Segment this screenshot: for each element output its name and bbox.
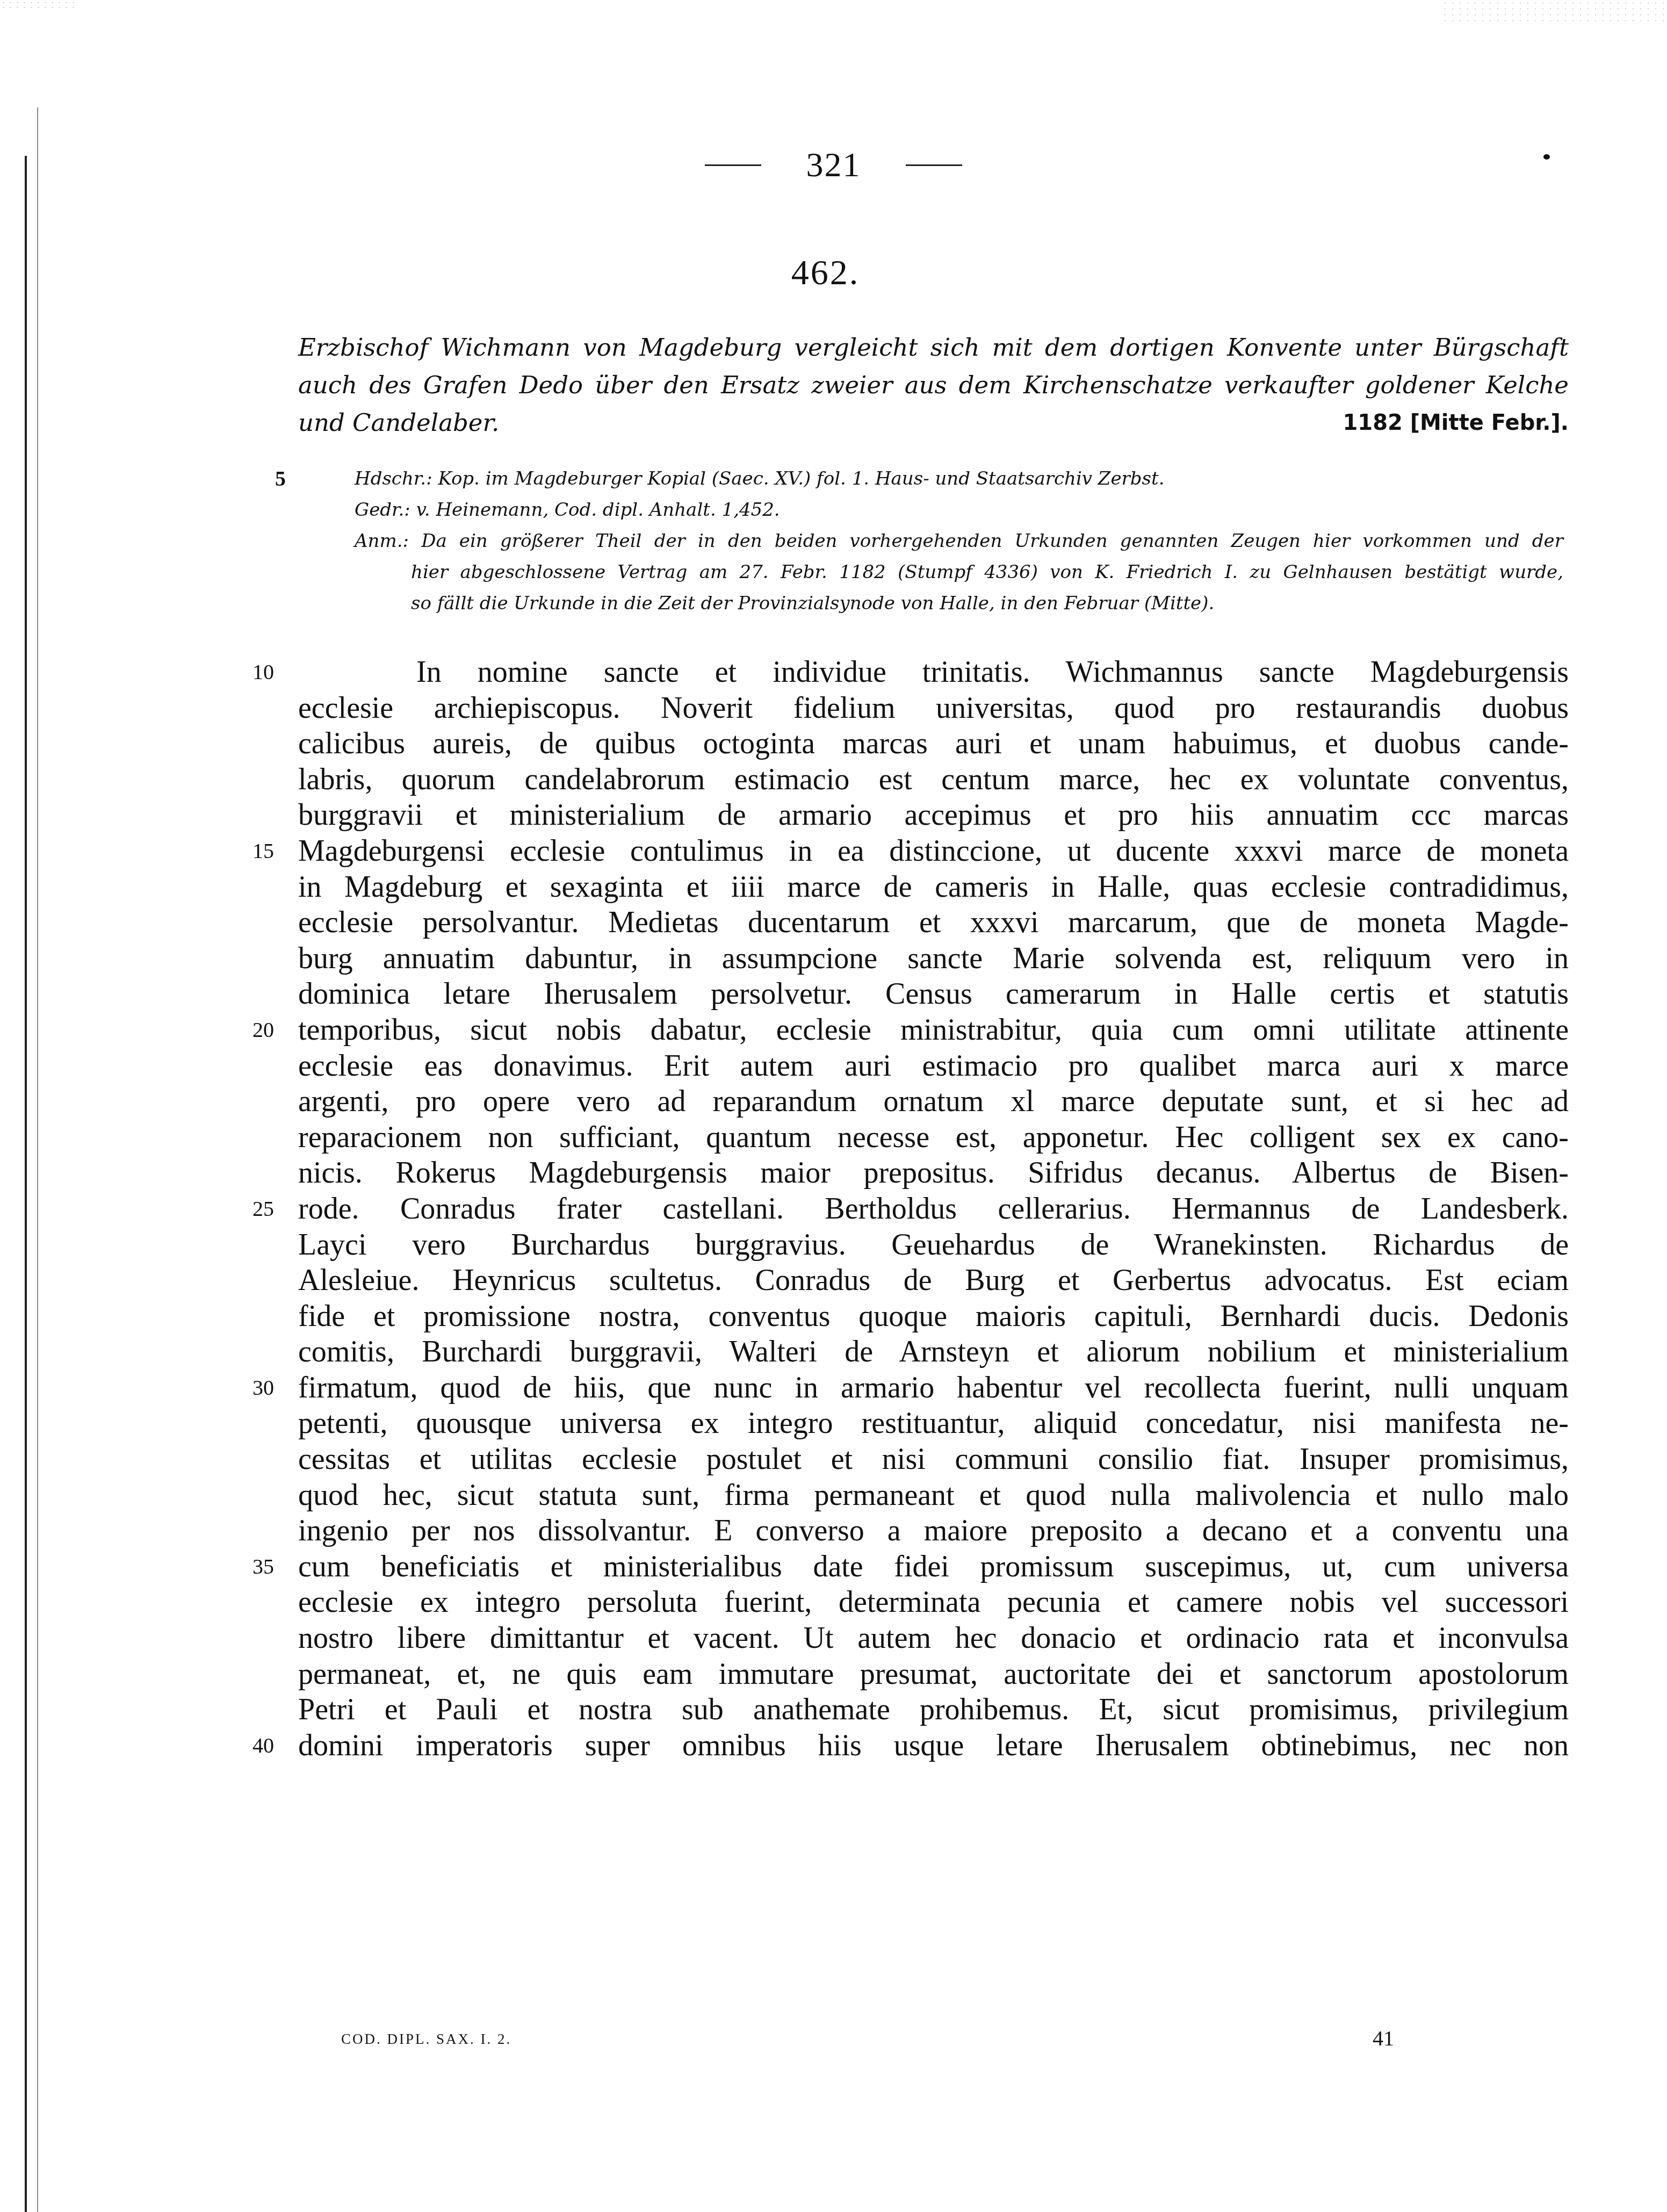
text-line: 15Magdeburgensi ecclesie contulimus in e… bbox=[252, 833, 1569, 869]
text-line: 10In nomine sancte et individue trinitat… bbox=[252, 654, 1569, 690]
text-line: burg annuatim dabuntur, in assumpcione s… bbox=[252, 941, 1569, 977]
book-page: 321 462. Erzbischof Wichmann von Magdebu… bbox=[0, 0, 1667, 2212]
apparatus-text: Gedr.: v. Heinemann, Cod. dipl. Anhalt. … bbox=[355, 494, 780, 525]
text-line: 25rode. Conradus frater castellani. Bert… bbox=[252, 1191, 1569, 1227]
apparatus-text: Anm.: Da ein größerer Theil der in den b… bbox=[355, 525, 1563, 557]
apparatus-line-note: hier abgeschlossene Vertrag am 27. Febr.… bbox=[258, 557, 1569, 588]
line-text: Alesleiue. Heynricus scultetus. Conradus… bbox=[298, 1263, 1569, 1299]
line-text: burggravii et ministerialium de armario … bbox=[298, 797, 1569, 833]
line-text: rode. Conradus frater castellani. Bertho… bbox=[298, 1191, 1569, 1227]
line-text: Layci vero Burchardus burggravius. Geueh… bbox=[298, 1227, 1569, 1263]
line-text: ecclesie ex integro persoluta fuerint, d… bbox=[298, 1584, 1569, 1620]
line-number: 20 bbox=[252, 1012, 285, 1048]
text-line: petenti, quousque universa ex integro re… bbox=[252, 1406, 1569, 1442]
signature-mark: COD. DIPL. SAX. I. 2. bbox=[341, 2031, 511, 2048]
apparatus-line-printed: Gedr.: v. Heinemann, Cod. dipl. Anhalt. … bbox=[258, 494, 1569, 525]
text-line: calicibus aureis, de quibus octoginta ma… bbox=[252, 726, 1569, 762]
line-text: petenti, quousque universa ex integro re… bbox=[298, 1406, 1569, 1442]
document-date: 1182 [Mitte Febr.]. bbox=[1343, 404, 1569, 442]
apparatus-line-note: Anm.: Da ein größerer Theil der in den b… bbox=[258, 525, 1569, 557]
line-number: 5 bbox=[275, 463, 286, 494]
apparatus-line-manuscript: 5 Hdschr.: Kop. im Magdeburger Kopial (S… bbox=[258, 463, 1569, 494]
text-line: reparacionem non sufficiant, quantum nec… bbox=[252, 1120, 1569, 1156]
line-text: domini imperatoris super omnibus hiis us… bbox=[298, 1728, 1569, 1764]
headnote-last-line: und Candelaber. 1182 [Mitte Febr.]. bbox=[298, 404, 1569, 442]
apparatus-line-note: so fällt die Urkunde in die Zeit der Pro… bbox=[258, 588, 1569, 619]
text-line: Alesleiue. Heynricus scultetus. Conradus… bbox=[252, 1263, 1569, 1299]
running-header: 321 bbox=[0, 145, 1667, 185]
scan-noise bbox=[0, 0, 75, 11]
text-line: comitis, Burchardi burggravii, Walteri d… bbox=[252, 1334, 1569, 1370]
line-text: permaneat, et, ne quis eam immutare pres… bbox=[298, 1656, 1569, 1692]
binding-shadow-line bbox=[25, 156, 27, 2212]
line-text: cum beneficiatis et ministerialibus date… bbox=[298, 1549, 1569, 1585]
text-line: 30firmatum, quod de hiis, que nunc in ar… bbox=[252, 1370, 1569, 1406]
line-number: 40 bbox=[252, 1728, 285, 1764]
line-text: burg annuatim dabuntur, in assumpcione s… bbox=[298, 941, 1569, 977]
text-line: nicis. Rokerus Magdeburgensis maior prep… bbox=[252, 1155, 1569, 1191]
line-text: Magdeburgensi ecclesie contulimus in ea … bbox=[298, 833, 1569, 869]
header-rule-left bbox=[705, 164, 761, 166]
line-text: in Magdeburg et sexaginta et iiii marce … bbox=[298, 869, 1569, 905]
line-text: argenti, pro opere vero ad reparandum or… bbox=[298, 1084, 1569, 1120]
line-text: labris, quorum candelabrorum estimacio e… bbox=[298, 762, 1569, 798]
text-line: labris, quorum candelabrorum estimacio e… bbox=[252, 762, 1569, 798]
headnote-line: auch des Grafen Dedo über den Ersatz zwe… bbox=[298, 366, 1569, 404]
critical-apparatus: 5 Hdschr.: Kop. im Magdeburger Kopial (S… bbox=[258, 463, 1569, 619]
apparatus-text: Hdschr.: Kop. im Magdeburger Kopial (Sae… bbox=[355, 463, 1164, 494]
sheet-number: 41 bbox=[1373, 2026, 1394, 2051]
line-text: nostro libere dimittantur et vacent. Ut … bbox=[298, 1620, 1569, 1656]
line-text: fide et promissione nostra, conventus qu… bbox=[298, 1299, 1569, 1335]
line-number: 25 bbox=[252, 1191, 285, 1227]
text-line: ecclesie persolvantur. Medietas ducentar… bbox=[252, 905, 1569, 941]
text-line: Layci vero Burchardus burggravius. Geueh… bbox=[252, 1227, 1569, 1263]
text-line: burggravii et ministerialium de armario … bbox=[252, 797, 1569, 833]
apparatus-text: so fällt die Urkunde in die Zeit der Pro… bbox=[411, 588, 1214, 619]
page-number: 321 bbox=[806, 146, 861, 184]
text-line: 20temporibus, sicut nobis dabatur, eccle… bbox=[252, 1012, 1569, 1048]
line-text: temporibus, sicut nobis dabatur, ecclesi… bbox=[298, 1012, 1569, 1048]
text-line: argenti, pro opere vero ad reparandum or… bbox=[252, 1084, 1569, 1120]
binding-edge-line bbox=[37, 107, 38, 2212]
line-text: comitis, Burchardi burggravii, Walteri d… bbox=[298, 1334, 1569, 1370]
text-line: ecclesie eas donavimus. Erit autem auri … bbox=[252, 1048, 1569, 1084]
line-text: ecclesie persolvantur. Medietas ducentar… bbox=[298, 905, 1569, 941]
line-number: 15 bbox=[252, 833, 285, 869]
headnote-line: Erzbischof Wichmann von Magdeburg vergle… bbox=[298, 329, 1569, 366]
headnote-summary: Erzbischof Wichmann von Magdeburg vergle… bbox=[298, 329, 1569, 442]
line-number: 30 bbox=[252, 1370, 285, 1406]
line-text: calicibus aureis, de quibus octoginta ma… bbox=[298, 726, 1569, 762]
text-line: 35cum beneficiatis et ministerialibus da… bbox=[252, 1549, 1569, 1585]
line-text: ecclesie eas donavimus. Erit autem auri … bbox=[298, 1048, 1569, 1084]
line-text: reparacionem non sufficiant, quantum nec… bbox=[298, 1120, 1569, 1156]
text-line: cessitas et utilitas ecclesie postulet e… bbox=[252, 1442, 1569, 1478]
page-footer: COD. DIPL. SAX. I. 2. 41 bbox=[0, 2026, 1667, 2058]
document-number: 462. bbox=[0, 253, 1667, 293]
text-line: in Magdeburg et sexaginta et iiii marce … bbox=[252, 869, 1569, 905]
line-text: dominica letare Iherusalem persolvetur. … bbox=[298, 976, 1569, 1012]
line-text: ingenio per nos dissolvantur. E converso… bbox=[298, 1513, 1569, 1549]
charter-text: 10In nomine sancte et individue trinitat… bbox=[252, 654, 1569, 1763]
text-line: ecclesie archiepiscopus. Noverit fideliu… bbox=[252, 690, 1569, 726]
text-line: ingenio per nos dissolvantur. E converso… bbox=[252, 1513, 1569, 1549]
line-number: 10 bbox=[252, 654, 285, 690]
document-number-text: 462. bbox=[791, 253, 860, 292]
line-text: nicis. Rokerus Magdeburgensis maior prep… bbox=[298, 1155, 1569, 1191]
text-line: ecclesie ex integro persoluta fuerint, d… bbox=[252, 1584, 1569, 1620]
text-line: fide et promissione nostra, conventus qu… bbox=[252, 1299, 1569, 1335]
line-text: Petri et Pauli et nostra sub anathemate … bbox=[298, 1692, 1569, 1728]
text-line: nostro libere dimittantur et vacent. Ut … bbox=[252, 1620, 1569, 1656]
line-text: firmatum, quod de hiis, que nunc in arma… bbox=[298, 1370, 1569, 1406]
text-line: quod hec, sicut statuta sunt, firma perm… bbox=[252, 1478, 1569, 1514]
text-line: 40domini imperatoris super omnibus hiis … bbox=[252, 1728, 1569, 1764]
scan-noise bbox=[1441, 0, 1667, 21]
line-text: ecclesie archiepiscopus. Noverit fideliu… bbox=[298, 690, 1569, 726]
line-text: cessitas et utilitas ecclesie postulet e… bbox=[298, 1442, 1569, 1478]
headnote-line: und Candelaber. bbox=[298, 404, 499, 442]
line-number: 35 bbox=[252, 1549, 285, 1585]
header-rule-right bbox=[906, 164, 962, 166]
text-line: Petri et Pauli et nostra sub anathemate … bbox=[252, 1692, 1569, 1728]
text-line: permaneat, et, ne quis eam immutare pres… bbox=[252, 1656, 1569, 1692]
text-line: dominica letare Iherusalem persolvetur. … bbox=[252, 976, 1569, 1012]
line-text: quod hec, sicut statuta sunt, firma perm… bbox=[298, 1478, 1569, 1514]
apparatus-text: hier abgeschlossene Vertrag am 27. Febr.… bbox=[411, 557, 1563, 588]
line-text: In nomine sancte et individue trinitatis… bbox=[416, 654, 1569, 690]
